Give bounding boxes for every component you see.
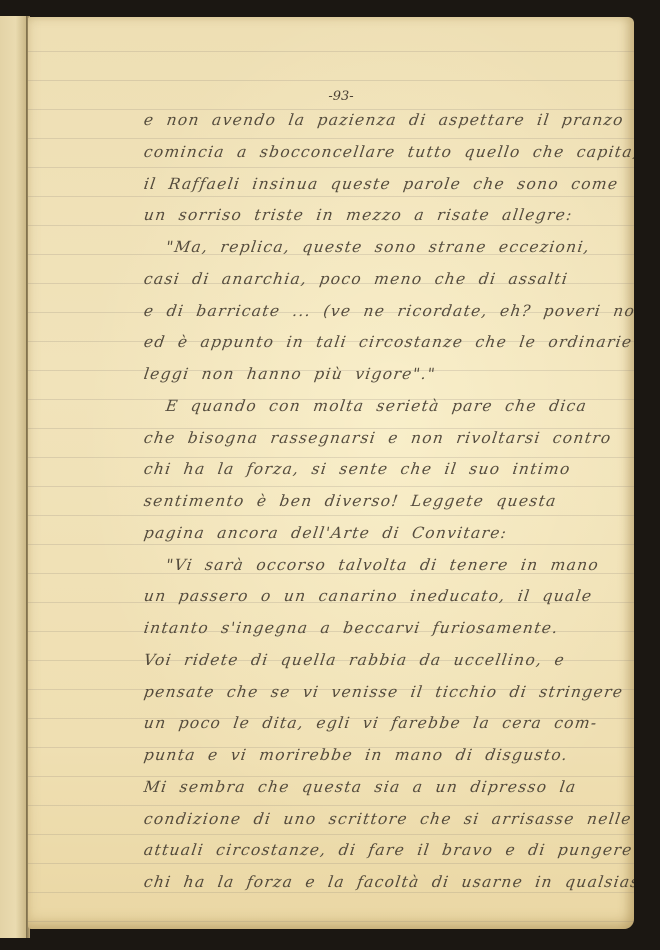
text-line: comincia a sbocconcellare tutto quello c…: [143, 143, 626, 161]
text-line: punta e vi morirebbe in mano di disgusto…: [143, 746, 626, 764]
text-line: E quando con molta serietà pare che dica: [143, 397, 634, 415]
manuscript-page: -93- e non avendo la pazienza di aspetta…: [28, 17, 634, 929]
text-line: un poco le dita, egli vi farebbe la cera…: [143, 714, 626, 732]
text-line: ed è appunto in tali circostanze che le …: [143, 333, 626, 351]
text-line: pensate che se vi venisse il ticchio di …: [143, 683, 626, 701]
text-line: sentimento è ben diverso! Leggete questa: [143, 492, 626, 510]
text-line: chi ha la forza e la facoltà di usarne i…: [143, 873, 626, 891]
text-line: e di barricate ... (ve ne ricordate, eh?…: [143, 302, 626, 320]
text-line: condizione di uno scrittore che si arris…: [143, 810, 626, 828]
text-line: pagina ancora dell'Arte di Convitare:: [143, 524, 626, 542]
text-line: e non avendo la pazienza di aspettare il…: [143, 111, 626, 129]
text-line: chi ha la forza, si sente che il suo int…: [143, 460, 626, 478]
text-line: Mi sembra che questa sia a un dipresso l…: [143, 778, 626, 796]
text-line: un sorriso triste in mezzo a risate alle…: [143, 206, 626, 224]
text-line: un passero o un canarino ineducato, il q…: [143, 587, 626, 605]
page-number: -93-: [28, 89, 634, 104]
facing-page-edge: [0, 16, 27, 938]
text-line: il Raffaeli insinua queste parole che so…: [143, 175, 626, 193]
text-line: che bisogna rassegnarsi e non rivoltarsi…: [143, 429, 626, 447]
text-line: "Vi sarà occorso talvolta di tenere in m…: [143, 556, 634, 574]
text-line: intanto s'ingegna a beccarvi furiosament…: [143, 619, 626, 637]
text-line: Voi ridete di quella rabbia da uccellino…: [143, 651, 626, 669]
text-line: attuali circostanze, di fare il bravo e …: [143, 841, 626, 859]
text-line: leggi non hanno più vigore".": [143, 365, 626, 383]
text-line: "Ma, replica, queste sono strane eccezio…: [143, 238, 634, 256]
text-line: casi di anarchia, poco meno che di assal…: [143, 270, 626, 288]
